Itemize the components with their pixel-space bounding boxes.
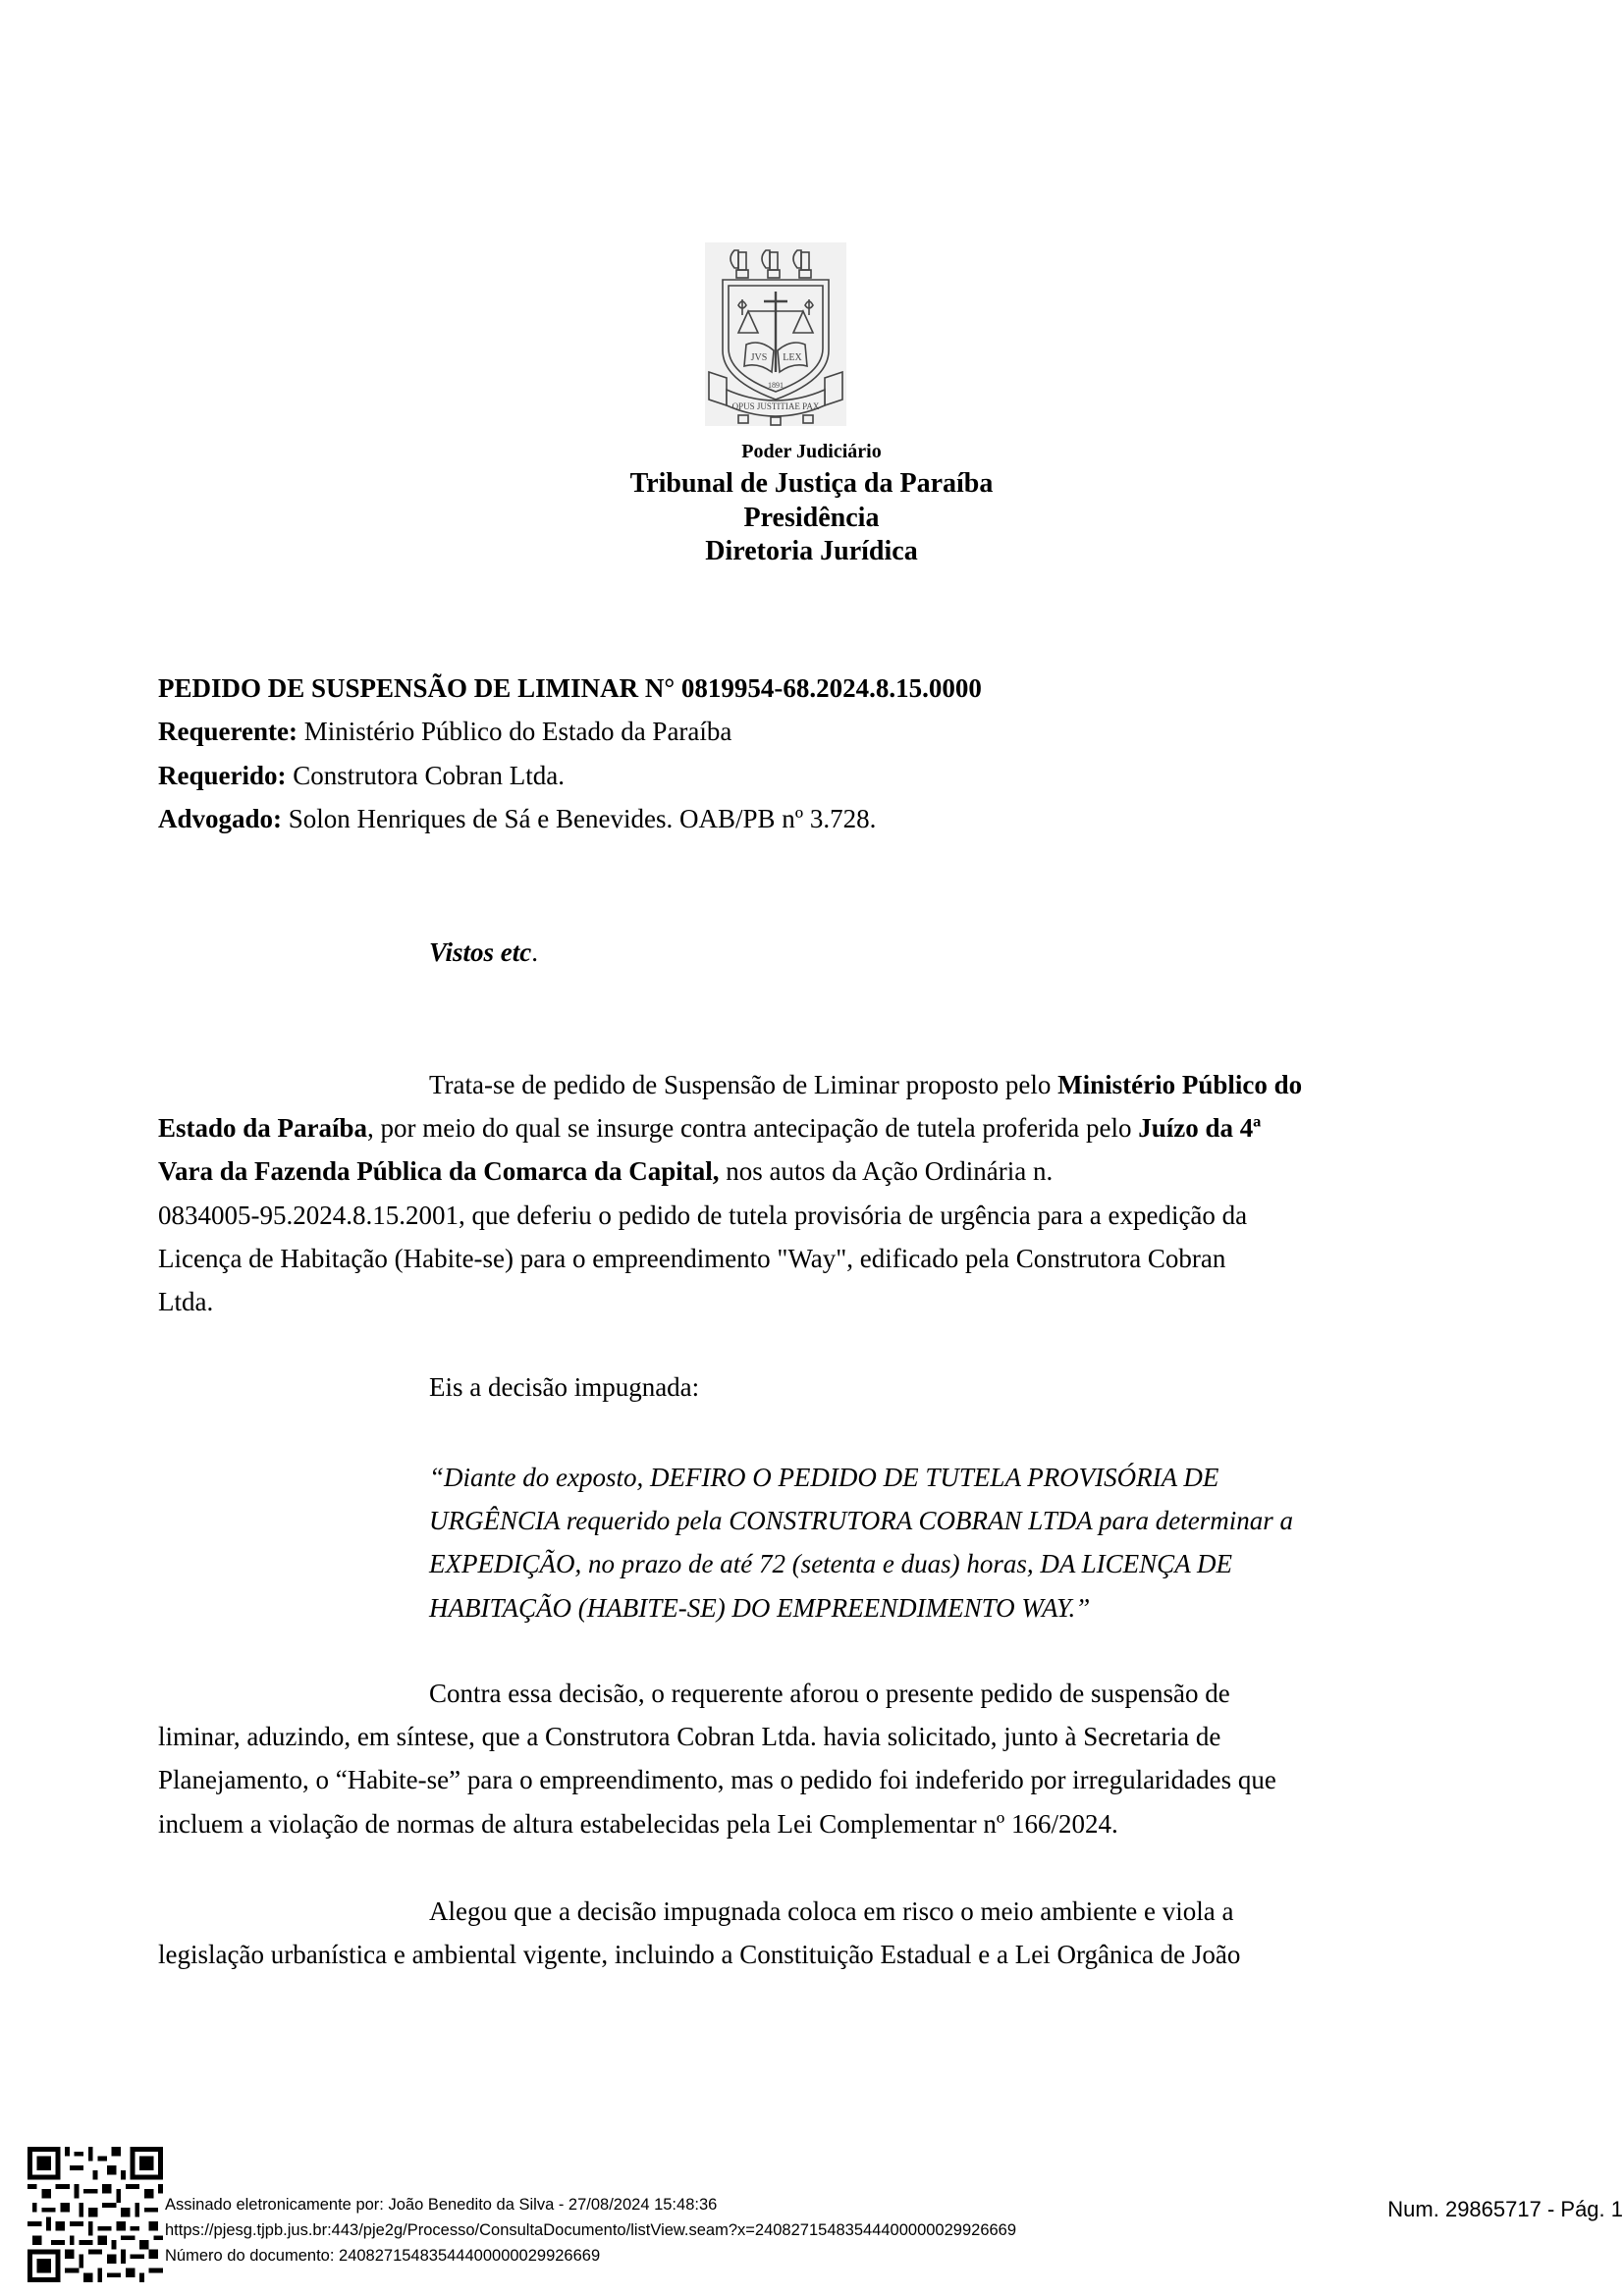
svg-text:LEX: LEX	[783, 352, 802, 363]
signature-line: Assinado eletronicamente por: João Bened…	[165, 2196, 717, 2215]
header-poder-judiciario: Poder Judiciário	[0, 441, 1623, 463]
page-number: Num. 29865717 - Pág. 1	[1387, 2197, 1623, 2222]
svg-text:OPUS JUSTITIAE PAX: OPUS JUSTITIAE PAX	[732, 401, 820, 411]
requerente-label: Requerente:	[158, 717, 298, 746]
qr-code-icon	[27, 2143, 163, 2286]
paragraph-line: Planejamento, o “Habite-se” para o empre…	[158, 1758, 1395, 1801]
vistos-dot: .	[531, 937, 538, 967]
paragraph-line: Alegou que a decisão impugnada coloca em…	[158, 1890, 1395, 1933]
eis-decisao-label: Eis a decisão impugnada:	[429, 1372, 699, 1403]
vistos-text: Vistos etc	[429, 937, 531, 967]
quote-line: URGÊNCIA requerido pela CONSTRUTORA COBR…	[429, 1499, 1293, 1542]
paragraph-line: Estado da Paraíba, por meio do qual se i…	[158, 1106, 1395, 1149]
document-number: Número do documento: 2408271548354440000…	[165, 2247, 600, 2266]
paragraph-line: Contra essa decisão, o requerente aforou…	[158, 1672, 1395, 1715]
requerido-line: Requerido: Construtora Cobran Ltda.	[158, 761, 565, 791]
document-url[interactable]: https://pjesg.tjpb.jus.br:443/pje2g/Proc…	[165, 2221, 1016, 2240]
quote-line: EXPEDIÇÃO, no prazo de até 72 (setenta e…	[429, 1542, 1293, 1585]
requerido-value: Construtora Cobran Ltda.	[287, 761, 565, 790]
case-title: PEDIDO DE SUSPENSÃO DE LIMINAR N° 081995…	[158, 673, 982, 704]
header-presidencia: Presidência	[0, 503, 1623, 534]
paragraph-1: Trata-se de pedido de Suspensão de Limin…	[158, 1063, 1395, 1323]
paragraph-line: Vara da Fazenda Pública da Comarca da Ca…	[158, 1149, 1395, 1193]
paragraph-line: Ltda.	[158, 1280, 1395, 1323]
paragraph-line: liminar, aduzindo, em síntese, que a Con…	[158, 1715, 1395, 1758]
paragraph-line: Trata-se de pedido de Suspensão de Limin…	[158, 1063, 1395, 1106]
quoted-decision: “Diante do exposto, DEFIRO O PEDIDO DE T…	[429, 1456, 1293, 1629]
paragraph-2: Contra essa decisão, o requerente aforou…	[158, 1672, 1395, 1845]
paragraph-line: Licença de Habitação (Habite-se) para o …	[158, 1237, 1395, 1280]
paragraph-3: Alegou que a decisão impugnada coloca em…	[158, 1890, 1395, 1976]
header-diretoria: Diretoria Jurídica	[0, 536, 1623, 567]
requerido-label: Requerido:	[158, 761, 287, 790]
header-tribunal: Tribunal de Justiça da Paraíba	[0, 468, 1623, 500]
quote-line: “Diante do exposto, DEFIRO O PEDIDO DE T…	[429, 1456, 1293, 1499]
advogado-value: Solon Henriques de Sá e Benevides. OAB/P…	[282, 804, 876, 833]
paragraph-line: incluem a violação de normas de altura e…	[158, 1802, 1395, 1845]
advogado-label: Advogado:	[158, 804, 282, 833]
advogado-line: Advogado: Solon Henriques de Sá e Benevi…	[158, 804, 876, 834]
requerente-line: Requerente: Ministério Público do Estado…	[158, 717, 731, 747]
court-coat-of-arms-icon: JVS LEX 1891 OPUS JUSTITIAE PAX	[705, 242, 846, 426]
paragraph-line: 0834005-95.2024.8.15.2001, que deferiu o…	[158, 1194, 1395, 1237]
svg-text:1891: 1891	[768, 381, 784, 390]
paragraph-line: legislação urbanística e ambiental vigen…	[158, 1933, 1395, 1976]
vistos-heading: Vistos etc.	[429, 937, 538, 968]
svg-text:JVS: JVS	[751, 352, 768, 363]
quote-line: HABITAÇÃO (HABITE-SE) DO EMPREENDIMENTO …	[429, 1586, 1293, 1629]
requerente-value: Ministério Público do Estado da Paraíba	[298, 717, 731, 746]
